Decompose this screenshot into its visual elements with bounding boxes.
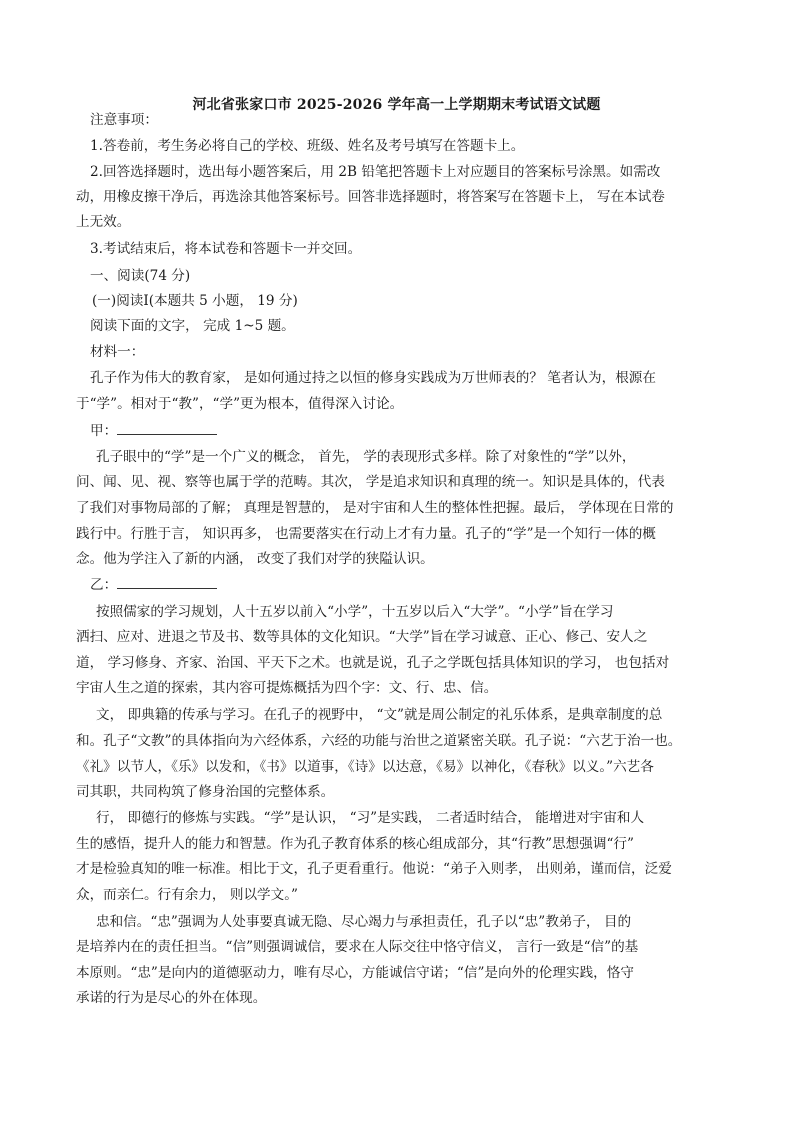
blank-label: 乙： xyxy=(90,577,117,593)
text-line: 和。孔子“文教”的具体指向为六经体系，六经的功能与治世之道紧密关联。孔子说：“六… xyxy=(76,732,681,750)
text-line: 按照儒家的学习规划，人十五岁以前入“小学”，十五岁以后入“大学”。“小学”旨在学… xyxy=(96,603,613,621)
text-line: 念。他为学注入了新的内涵， 改变了我们对学的狭隘认识。 xyxy=(76,550,434,568)
text-line: 生的感悟，提升人的能力和智慧。作为孔子教育体系的核心组成部分，其“行教”思想强调… xyxy=(76,835,634,853)
text-line: 材料一： xyxy=(90,343,144,361)
text-line: 上无效。 xyxy=(76,213,130,231)
text-line: 行， 即德行的修炼与实践。“学”是认识， “习”是实践， 二者适时结合， 能增进… xyxy=(96,809,644,827)
blank-label: 甲： xyxy=(90,423,117,439)
blank-underline xyxy=(117,422,217,435)
text-line: 2.回答选择题时，选出每小题答案后，用 2B 铅笔把答题卡上对应题目的答案标号涂… xyxy=(90,163,660,181)
text-line: 承诺的行为是尽心的外在体现。 xyxy=(76,989,266,1007)
text-line: 道， 学习修身、齐家、治国、平天下之术。也就是说，孔子之学既包括具体知识的学习，… xyxy=(76,654,669,672)
text-line: 1.答卷前，考生务必将自己的学校、班级、姓名及考号填写在答题卡上。 xyxy=(90,137,524,155)
text-line: 司其职，共同构筑了修身治国的完整体系。 xyxy=(76,783,334,801)
text-line: (一)阅读Ⅰ(本题共 5 小题， 19 分) xyxy=(92,292,298,310)
text-line: 忠和信。“忠”强调为人处事要真诚无隐、尽心竭力与承担责任，孔子以“忠”教弟子， … xyxy=(96,913,631,931)
text-line: 孔子眼中的“学”是一个广义的概念， 首先， 学的表现形式多样。除了对象性的“学”… xyxy=(96,448,635,466)
text-line: 了我们对事物局部的了解； 真理是智慧的， 是对宇宙和人生的整体性把握。最后， 学… xyxy=(76,499,674,517)
text-line: 一、阅读(74 分) xyxy=(90,267,190,285)
text-line: 践行中。行胜于言， 知识再多， 也需要落实在行动上才有力量。孔子的“学”是一个知… xyxy=(76,525,656,543)
text-line: 宇宙人生之道的探索，其内容可提炼概括为四个字：文、行、忠、信。 xyxy=(76,679,497,697)
text-line: 阅读下面的文字， 完成 1~5 题。 xyxy=(90,317,295,335)
text-line: 注意事项： xyxy=(90,111,158,129)
text-line: 孔子作为伟大的教育家， 是如何通过持之以恒的修身实践成为万世师表的？ 笔者认为，… xyxy=(90,369,656,387)
document-page: 河北省张家口市 2025-2026 学年高一上学期期末考试语文试题 注意事项：1… xyxy=(0,0,793,1121)
text-line: 众，而亲仁。行有余力， 则以学文。” xyxy=(76,886,298,904)
text-line: 问、闻、见、视、察等也属于学的范畴。其次， 学是追求知识和真理的统一。知识是具体… xyxy=(76,473,665,491)
blank-underline xyxy=(117,576,217,589)
text-line: 本原则。“忠”是向内的道德驱动力，唯有尽心，方能诚信守诺；“信”是向外的伦理实践… xyxy=(76,964,634,982)
text-line: 文， 即典籍的传承与学习。在孔子的视野中， “文”就是周公制定的礼乐体系，是典章… xyxy=(96,706,662,724)
text-line: 动，用橡皮擦干净后，再选涂其他答案标号。回答非选择题时，将答案写在答题卡上， 写… xyxy=(76,188,665,206)
blank-line: 甲： xyxy=(90,422,217,440)
text-line: 洒扫、应对、进退之节及书、数等具体的文化知识。“大学”旨在学习诚意、正心、修己、… xyxy=(76,628,647,646)
blank-line: 乙： xyxy=(90,576,217,594)
text-line: 于“学”。相对于“教”，“学”更为根本，值得深入讨论。 xyxy=(76,395,403,413)
text-line: 3.考试结束后，将本试卷和答题卡一并交回。 xyxy=(90,240,361,258)
text-line: 才是检验真知的唯一标准。相比于文，孔子更看重行。他说：“弟子入则孝， 出则弟，谨… xyxy=(76,860,672,878)
text-line: 《礼》以节人，《乐》以发和，《书》以道事，《诗》以达意，《易》以神化，《春秋》以… xyxy=(76,758,654,776)
text-line: 是培养内在的责任担当。“信”则强调诚信，要求在人际交往中恪守信义， 言行一致是“… xyxy=(76,938,638,956)
